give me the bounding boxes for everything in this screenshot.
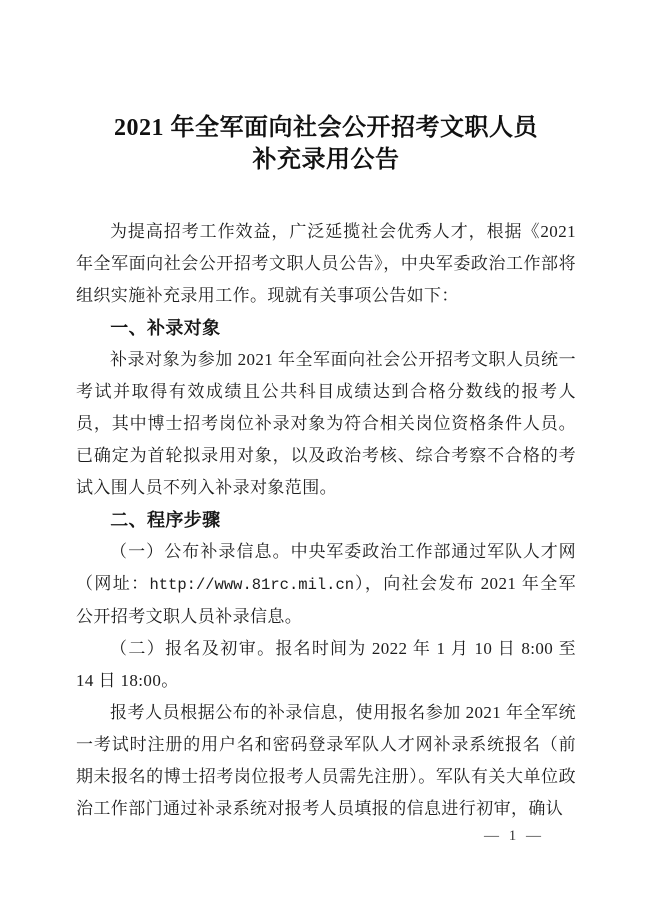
section-1-heading: 一、补录对象 xyxy=(76,312,576,344)
item-2-continued-paragraph: 报考人员根据公布的补录信息，使用报名参加 2021 年全军统一考试时注册的用户名… xyxy=(76,697,576,825)
document-page: 2021 年全军面向社会公开招考文职人员补充录用公告 为提高招考工作效益，广泛延… xyxy=(0,0,650,919)
title-line-2: 补充录用公告 xyxy=(76,144,576,176)
section-1-paragraph: 补录对象为参加 2021 年全军面向社会公开招考文职人员统一考试并取得有效成绩且… xyxy=(76,344,576,504)
intro-paragraph: 为提高招考工作效益，广泛延揽社会优秀人才，根据《2021 年全军面向社会公开招考… xyxy=(76,216,576,312)
document-content: 2021 年全军面向社会公开招考文职人员补充录用公告 为提高招考工作效益，广泛延… xyxy=(76,112,576,825)
item-2-paragraph: （二）报名及初审。报名时间为 2022 年 1 月 10 日 8:00 至 14… xyxy=(76,633,576,697)
item-2-label: （二）报名及初审。 xyxy=(110,639,275,658)
page-number: — 1 — xyxy=(484,828,544,845)
item-1-paragraph: （一）公布补录信息。中央军委政治工作部通过军队人才网（网址：http://www… xyxy=(76,536,576,633)
url-text: http://www.81rc.mil.cn xyxy=(149,576,354,594)
title-line-1: 2021 年全军面向社会公开招考文职人员 xyxy=(76,112,576,144)
item-1-label: （一）公布补录信息。 xyxy=(110,542,291,561)
section-2-heading: 二、程序步骤 xyxy=(76,504,576,536)
document-title: 2021 年全军面向社会公开招考文职人员补充录用公告 xyxy=(76,112,576,176)
